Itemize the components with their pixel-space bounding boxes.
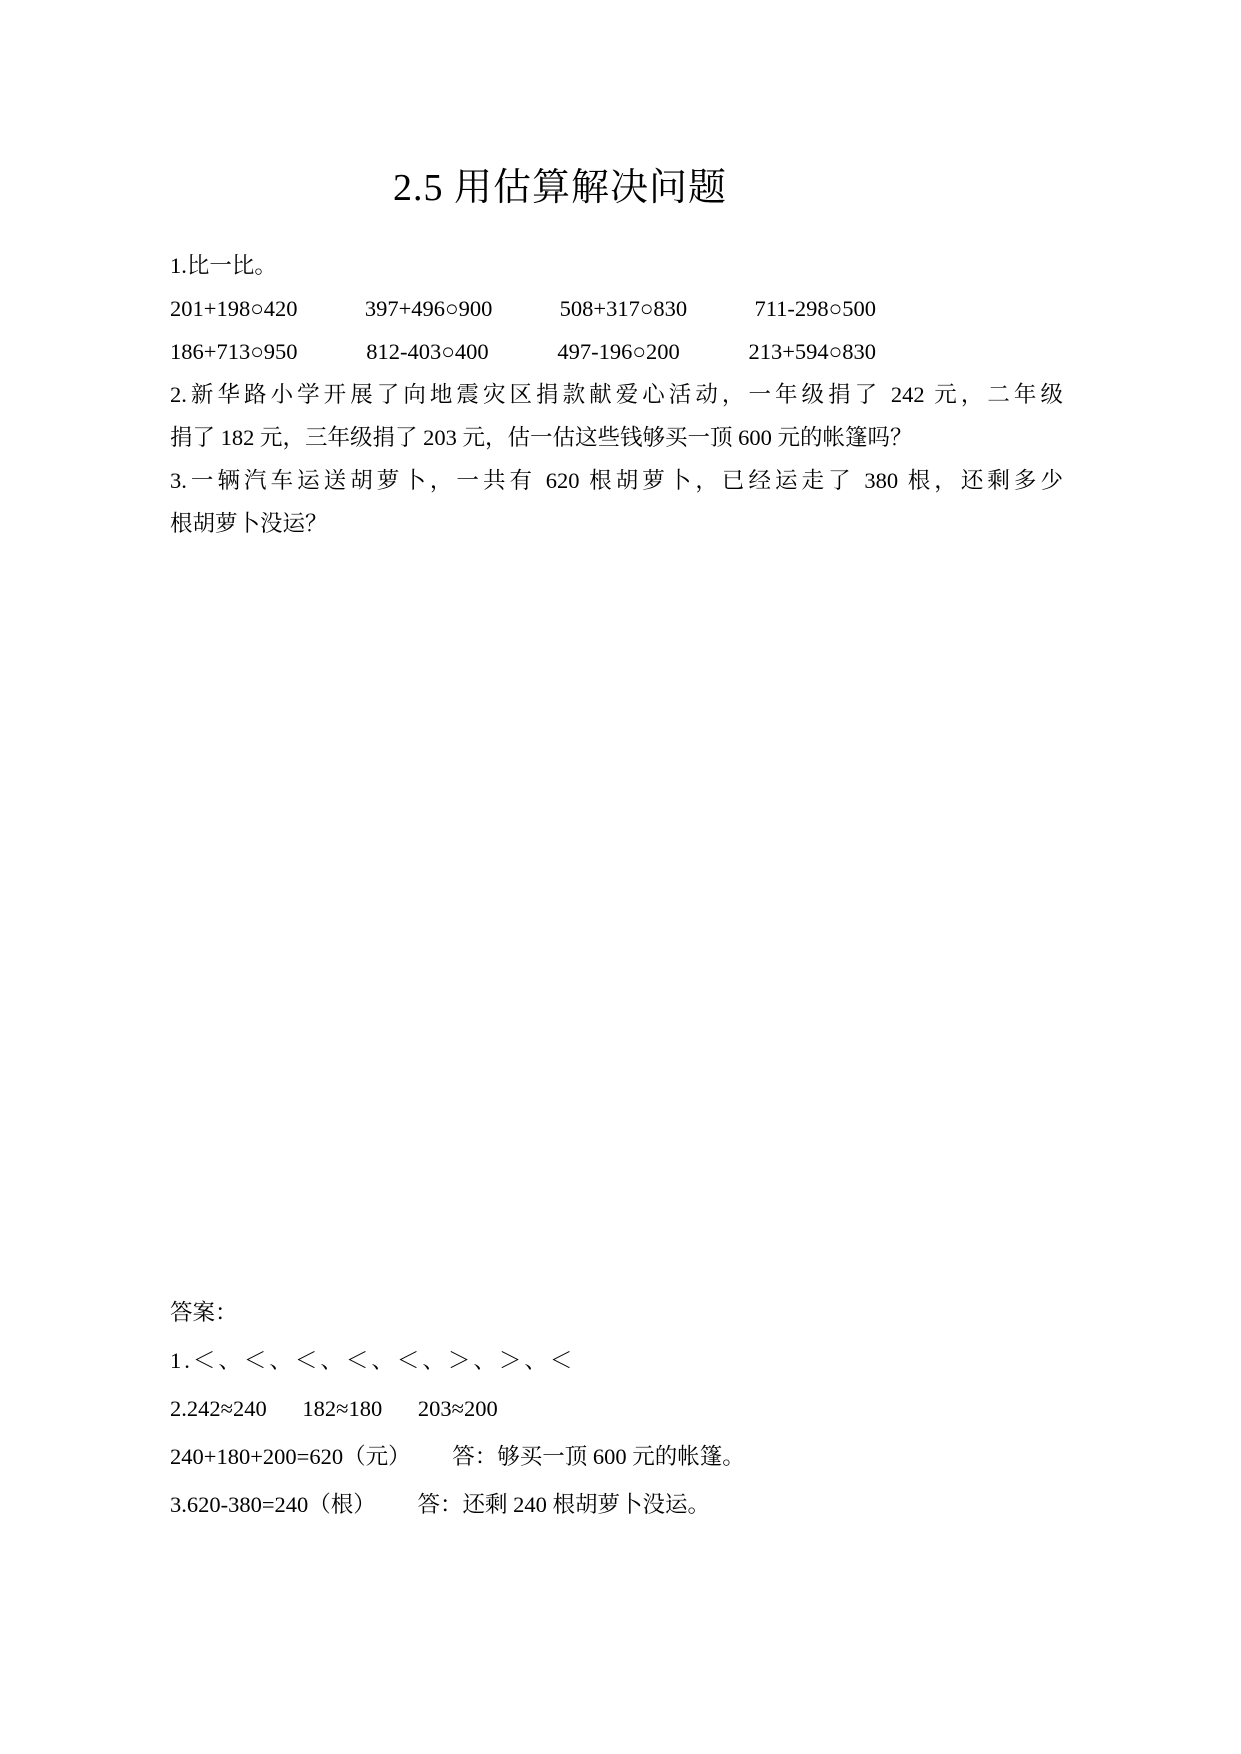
comparison-expression: 186+713○950 (170, 330, 298, 373)
estimate-value: 203≈200 (418, 1396, 498, 1421)
answer-statement: 答：还剩 240 根胡萝卜没运。 (417, 1492, 710, 1517)
comparison-expression: 397+496○900 (365, 287, 493, 330)
question-1-row-2: 186+713○950 812-403○400 497-196○200 213+… (170, 330, 876, 373)
answers-section: 答案： 1.＜、＜、＜、＜、＜、＞、＞、＜ 2.242≈240 182≈180 … (170, 1289, 1150, 1529)
question-2-line-1: 2.新华路小学开展了向地震灾区捐款献爱心活动，一年级捐了 242 元，二年级 (170, 373, 1063, 416)
page-title: 2.5 用估算解决问题 (0, 156, 1120, 211)
comparison-expression: 201+198○420 (170, 287, 298, 330)
question-3-line-1: 3.一辆汽车运送胡萝卜，一共有 620 根胡萝卜，已经运走了 380 根，还剩多… (170, 459, 1063, 502)
comparison-expression: 497-196○200 (557, 330, 679, 373)
comparison-expression: 711-298○500 (754, 287, 876, 330)
estimate-value: 2.242≈240 (170, 1385, 267, 1433)
worksheet-page: 2.5 用估算解决问题 1.比一比。 201+198○420 397+496○9… (0, 0, 1241, 1754)
question-1-label: 1.比一比。 (170, 244, 1063, 287)
comparison-expression: 508+317○830 (560, 287, 688, 330)
comparison-expression: 213+594○830 (748, 330, 876, 373)
question-2-line-2: 捐了 182 元，三年级捐了 203 元，估一估这些钱够买一顶 600 元的帐篷… (170, 416, 1063, 459)
question-1-row-1: 201+198○420 397+496○900 508+317○830 711-… (170, 287, 876, 330)
problems-section: 1.比一比。 201+198○420 397+496○900 508+317○8… (170, 244, 1063, 545)
answer-1: 1.＜、＜、＜、＜、＜、＞、＞、＜ (170, 1337, 1150, 1385)
question-3-line-2: 根胡萝卜没运？ (170, 502, 1063, 545)
answer-2-estimates: 2.242≈240 182≈180 203≈200 (170, 1385, 1150, 1433)
answer-statement: 答：够买一顶 600 元的帐篷。 (452, 1444, 745, 1469)
calculation-expression: 240+180+200=620（元） (170, 1433, 411, 1481)
answer-2-calculation: 240+180+200=620（元） 答：够买一顶 600 元的帐篷。 (170, 1433, 1150, 1481)
estimate-value: 182≈180 (302, 1385, 382, 1433)
answer-3-calculation: 3.620-380=240（根） 答：还剩 240 根胡萝卜没运。 (170, 1481, 1150, 1529)
calculation-expression: 3.620-380=240（根） (170, 1481, 376, 1529)
answers-heading: 答案： (170, 1289, 1150, 1337)
comparison-expression: 812-403○400 (366, 330, 488, 373)
